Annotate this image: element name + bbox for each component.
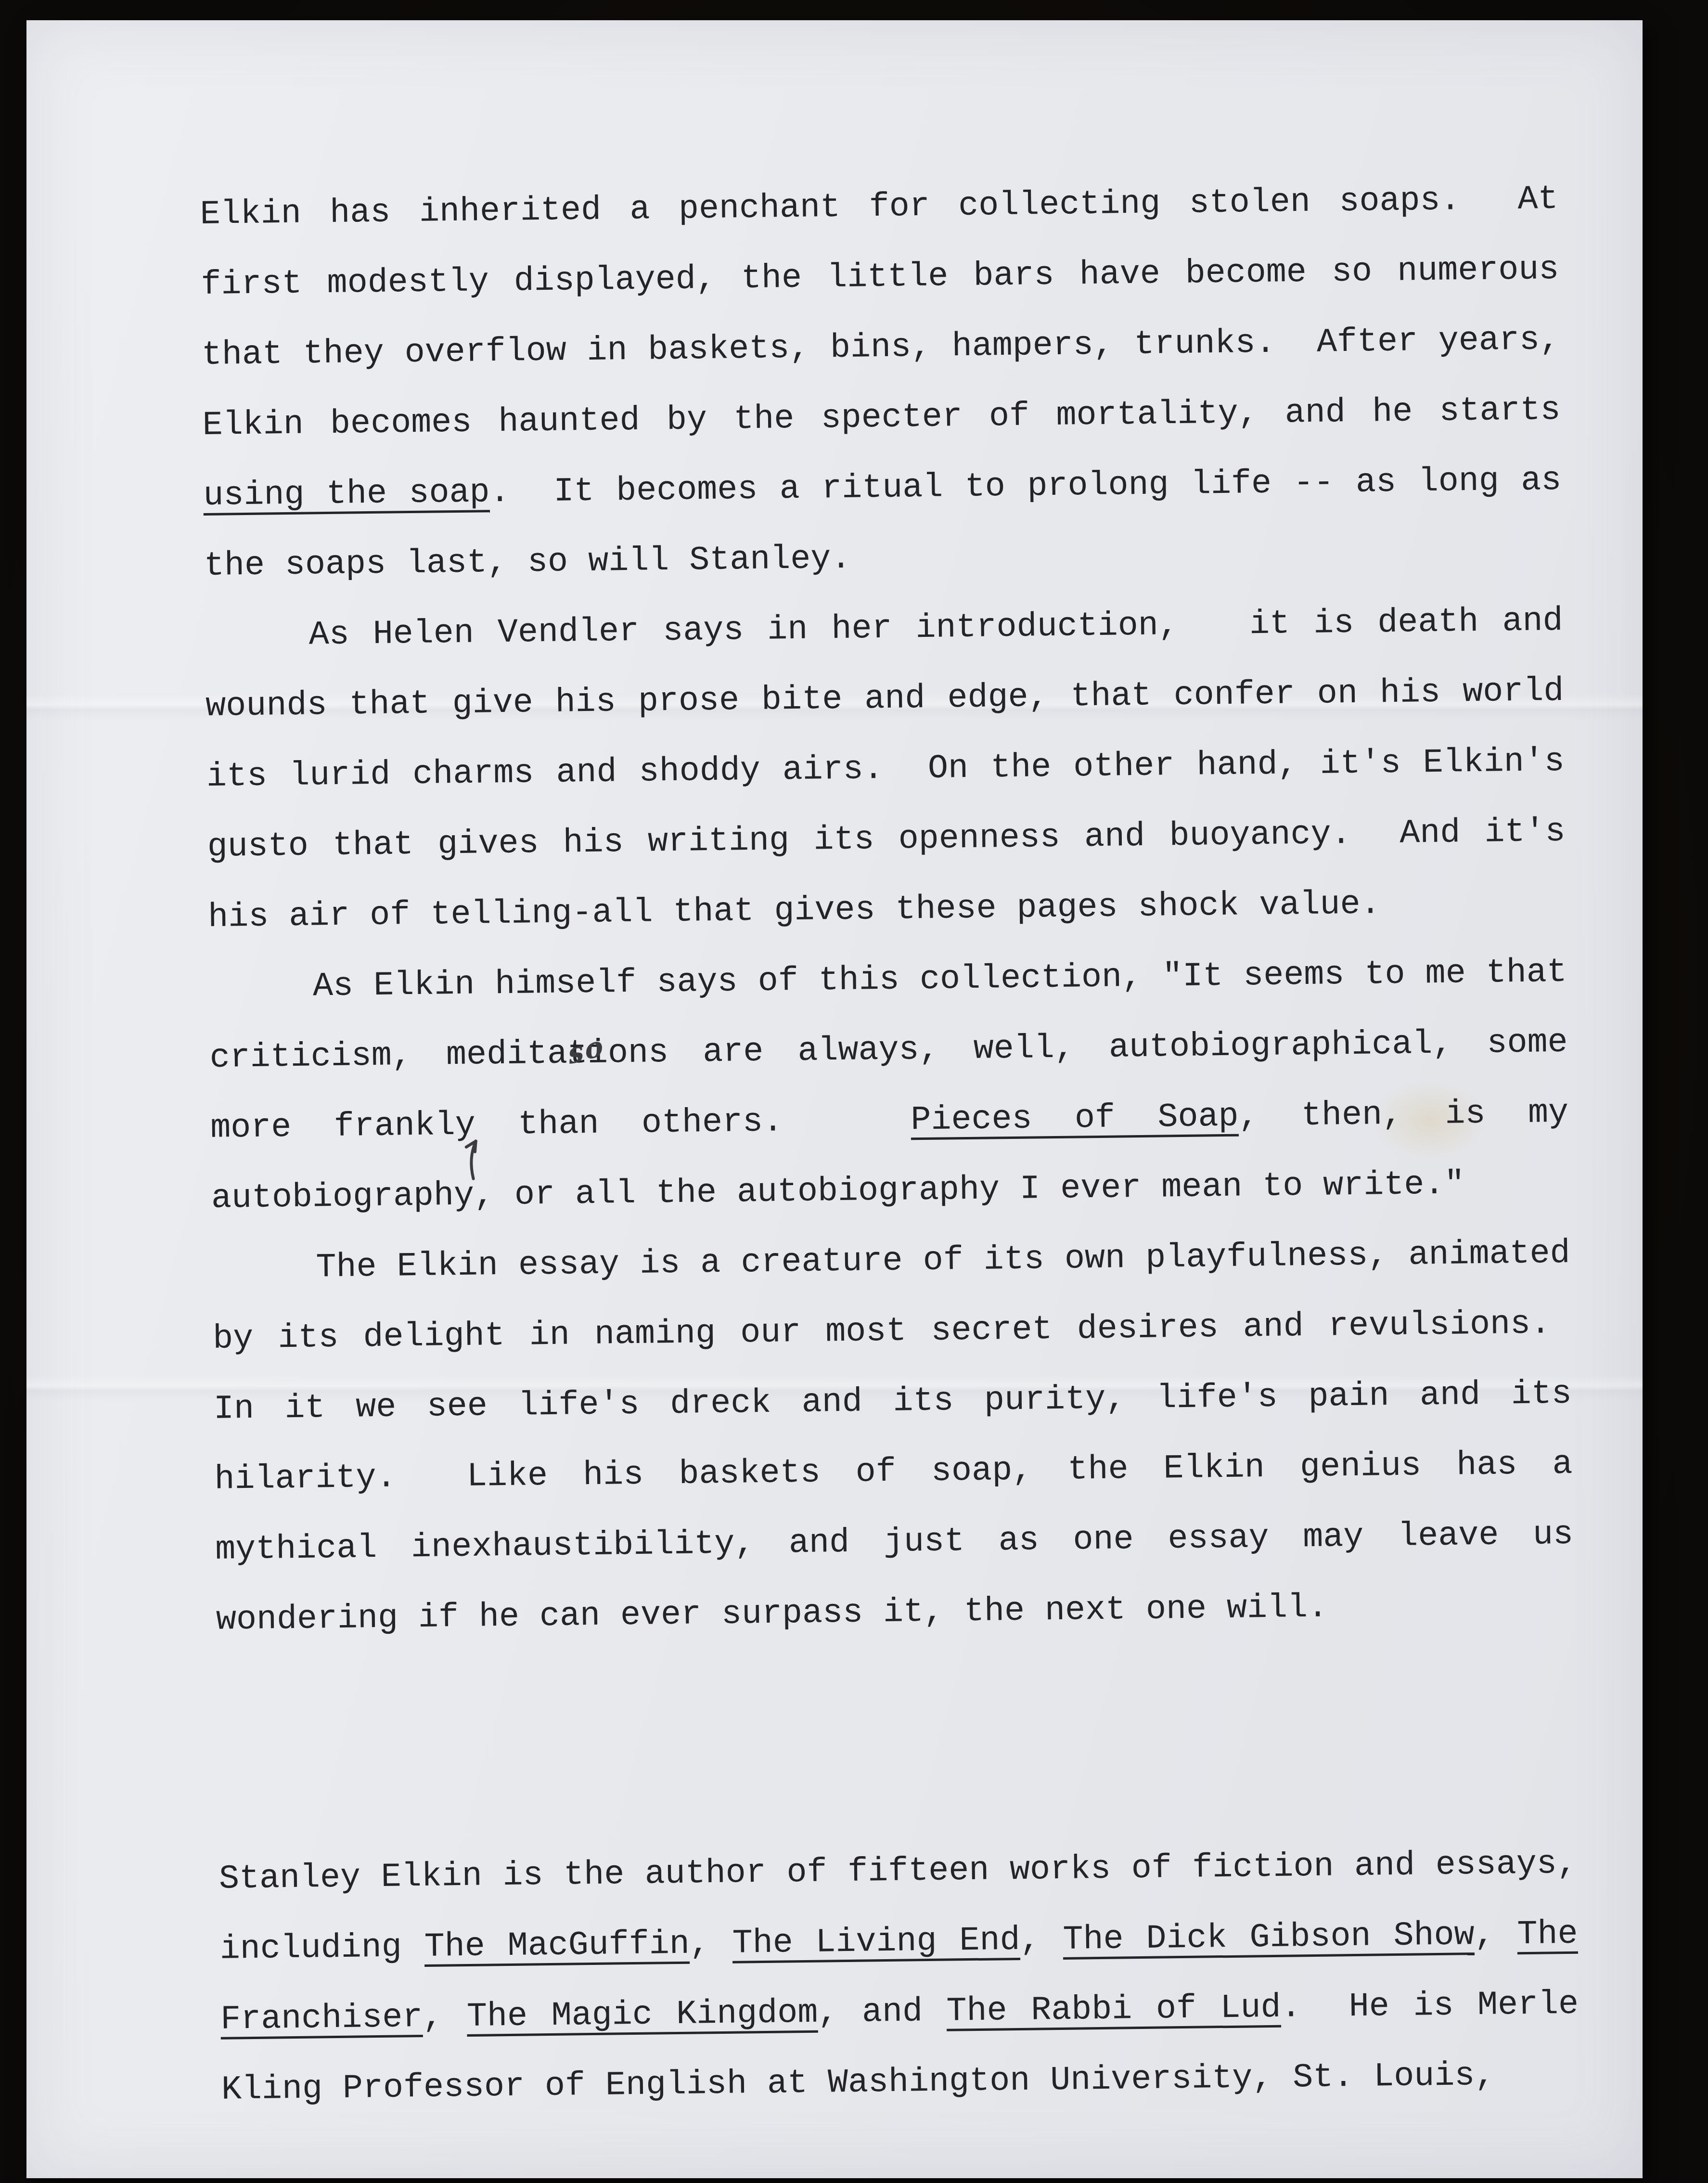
underlined-title-the-living-end: The Living End: [732, 1922, 1020, 1963]
paragraph-text: ,: [689, 1925, 732, 1963]
paragraph-vendler-quote: As Helen Vendler says in her introductio…: [205, 586, 1567, 953]
underlined-title-the-dick-gibson-show: The Dick Gibson Show: [1063, 1916, 1475, 1959]
underlined-phrase-using-the-soap: using the soap: [203, 474, 490, 515]
paragraph-text: than others.: [475, 1101, 911, 1144]
paragraph-text: Elkin has inherited a penchant for colle…: [200, 181, 1561, 445]
paragraph-text: The Elkin essay is a creature of its own…: [213, 1235, 1574, 1640]
paragraph-text: ,: [1474, 1916, 1517, 1954]
paragraph-text: As Helen Vendler says in her introductio…: [205, 602, 1566, 937]
typed-text-block: Elkin has inherited a penchant for colle…: [200, 165, 1580, 2126]
paragraph-text: ,: [423, 1998, 467, 2037]
underlined-title-the-magic-kingdom: The Magic Kingdom: [467, 1994, 818, 2036]
paragraph-soap-collection: Elkin has inherited a penchant for colle…: [200, 165, 1563, 602]
paragraph-text: , and: [818, 1993, 947, 2032]
paragraph-author-bio: Stanley Elkin is the author of fifteen w…: [218, 1829, 1580, 2126]
underlined-title-pieces-of-soap: Pieces of Soap: [911, 1098, 1239, 1140]
underlined-title-the-macguffin: The MacGuffin: [424, 1925, 690, 1966]
paragraph-elkin-essay: The Elkin essay is a creature of its own…: [212, 1219, 1575, 1656]
underlined-title-the-rabbi-of-lud: The Rabbi of Lud: [946, 1989, 1281, 2031]
paragraph-text: ,: [1020, 1921, 1063, 1960]
typescript-page: Elkin has inherited a penchant for colle…: [26, 20, 1643, 2178]
insertion-arrow-icon: [459, 1137, 481, 1182]
paragraph-elkin-quote: As Elkin himself says of this collection…: [208, 938, 1569, 1234]
